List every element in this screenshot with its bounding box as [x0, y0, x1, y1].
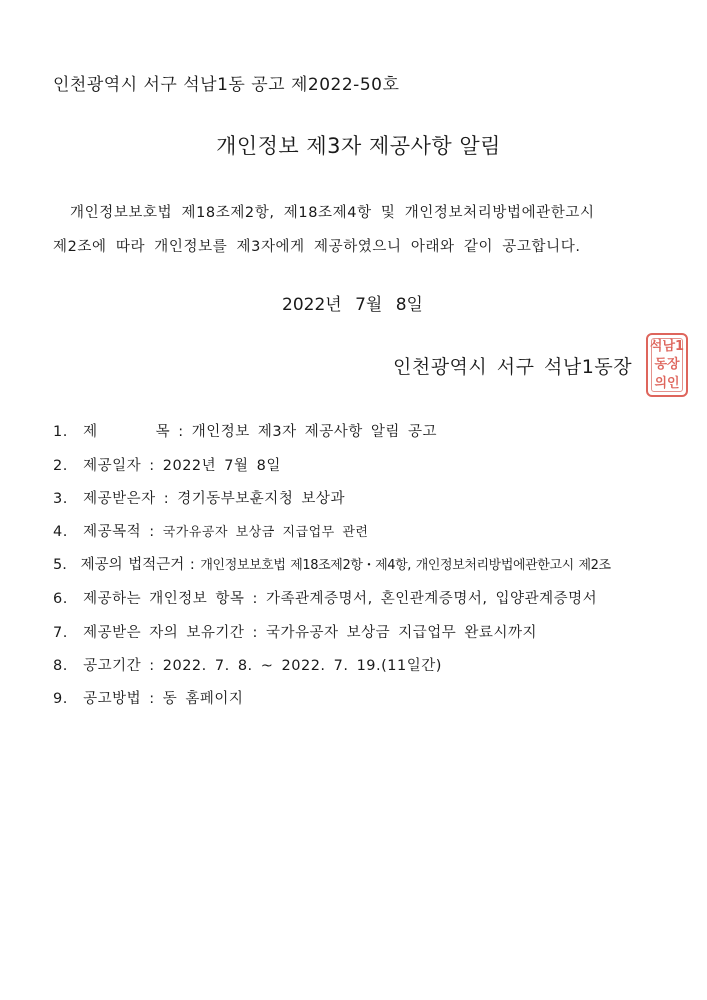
item-label: 제공목적: [83, 524, 141, 540]
item-value: 국가유공자 보상금 지급업무 완료시까지: [266, 625, 537, 641]
item-separator: :: [244, 591, 266, 607]
item-value: 2022년 7월 8일: [163, 458, 281, 474]
item-value: 개인정보보호법 제18조제2항・제4항, 개인정보처리방법에관한고시 제2조: [200, 558, 610, 573]
seal-char-row-1: 석남1: [650, 340, 684, 353]
item-number: 4.: [53, 525, 75, 540]
item-number: 2.: [53, 459, 75, 474]
item-number: 6.: [53, 592, 75, 607]
item-number: 1.: [53, 425, 75, 440]
item-value: 경기동부보훈지청 보상과: [177, 491, 345, 507]
signer-name: 인천광역시 서구 석남1동장: [393, 358, 632, 377]
item-label: 제공일자: [83, 458, 141, 474]
intro-line-2: 제2조에 따라 개인정보를 제3자에게 제공하였으니 아래와 같이 공고합니다.: [53, 240, 581, 255]
item-separator: :: [141, 458, 163, 474]
intro-line-1: 개인정보보호법 제18조제2항, 제18조제4항 및 개인정보처리방법에관한고시: [70, 206, 595, 221]
item-separator: :: [156, 491, 178, 507]
item-value: 2022. 7. 8. ~ 2022. 7. 19.(11일간): [163, 658, 442, 674]
list-item-retention-period: 7. 제공받은 자의 보유기간 : 국가유공자 보상금 지급업무 완료시까지: [53, 626, 537, 641]
item-number: 3.: [53, 492, 75, 507]
notice-date: 2022년 7월 8일: [282, 297, 423, 314]
item-separator: :: [141, 691, 163, 707]
document-title: 개인정보 제3자 제공사항 알림: [0, 136, 707, 157]
list-item-recipient: 3. 제공받은자 : 경기동부보훈지청 보상과: [53, 492, 345, 507]
item-number: 5.: [53, 558, 75, 573]
item-number: 7.: [53, 626, 75, 641]
item-label-last: 목: [156, 424, 171, 440]
item-value: 개인정보 제3자 제공사항 알림 공고: [192, 424, 437, 440]
list-item-purpose: 4. 제공목적 : 국가유공자 보상금 지급업무 관련: [53, 525, 368, 540]
item-value: 가족관계증명서, 혼인관계증명서, 입양관계증명서: [266, 591, 597, 607]
list-item-notice-method: 9. 공고방법 : 동 홈페이지: [53, 692, 243, 707]
item-separator: :: [184, 557, 200, 573]
official-seal-icon: 석남1 동장 의인: [646, 333, 688, 397]
item-number: 9.: [53, 692, 75, 707]
seal-char-row-2: 동장: [654, 358, 679, 371]
notice-number: 인천광역시 서구 석남1동 공고 제2022-50호: [53, 77, 399, 94]
item-separator: :: [170, 424, 192, 440]
item-separator: :: [244, 625, 266, 641]
item-label: 제공하는 개인정보 항목: [83, 591, 244, 607]
item-value: 국가유공자 보상금 지급업무 관련: [163, 525, 369, 540]
item-number: 8.: [53, 659, 75, 674]
item-separator: :: [141, 658, 163, 674]
item-label: 제공받은 자의 보유기간: [83, 625, 244, 641]
item-value: 동 홈페이지: [163, 691, 244, 707]
item-label: 제공의 법적근거: [81, 557, 185, 573]
list-item-legal-basis: 5. 제공의 법적근거 : 개인정보보호법 제18조제2항・제4항, 개인정보처…: [53, 558, 611, 573]
item-label: 공고방법: [83, 691, 141, 707]
list-item-provision-date: 2. 제공일자 : 2022년 7월 8일: [53, 459, 281, 474]
list-item-title: 1. 제목 : 개인정보 제3자 제공사항 알림 공고: [53, 425, 437, 440]
item-label: 제공받은자: [83, 491, 156, 507]
list-item-notice-period: 8. 공고기간 : 2022. 7. 8. ~ 2022. 7. 19.(11일…: [53, 659, 442, 674]
item-label: 공고기간: [83, 658, 141, 674]
item-label-first: 제: [83, 424, 98, 440]
seal-char-row-3: 의인: [654, 377, 679, 390]
list-item-data-items: 6. 제공하는 개인정보 항목 : 가족관계증명서, 혼인관계증명서, 입양관계…: [53, 592, 597, 607]
item-separator: :: [141, 524, 163, 540]
